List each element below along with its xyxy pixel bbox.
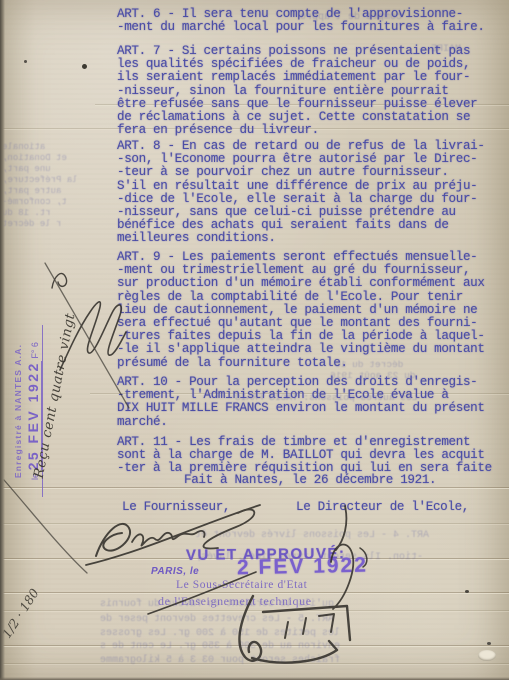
- article-10: ART. 10 - Pour la perception des droits …: [117, 376, 509, 429]
- ink-speck: [82, 64, 87, 69]
- approval-stamp-signer-title: Le Sous-Secrétaire d'Etat: [176, 579, 307, 591]
- scan-edge-shadow: [0, 0, 5, 680]
- margin-note-flourish: [52, 273, 67, 288]
- scanned-document-page: compte de l'appro MAIRE. ationale et Don…: [0, 0, 509, 680]
- bleedthrough-text: ART. 4 - Les poissons livrés devront êt: [195, 530, 429, 541]
- fold-crease: [0, 610, 509, 611]
- article-6: ART. 6 - Il sera tenu compte de l'approv…: [117, 8, 509, 34]
- signature-label-directeur: Le Directeur de l'Ecole,: [296, 500, 469, 514]
- article-7: ART. 7 - Si certains poissons ne présent…: [117, 45, 509, 137]
- approval-stamp-signer-dept: de l'Enseignement technique: [158, 594, 312, 609]
- ink-speck: [487, 642, 491, 645]
- paper-flaw-spot: [478, 650, 496, 661]
- registration-stamp-title: Enregistré à NANTES A.A.: [13, 325, 23, 497]
- bleedthrough-text: rt. 18 du: [2, 208, 51, 218]
- bleedthrough-text: les petites de 150 à 200 gr. Les grosses: [100, 628, 340, 639]
- ink-speck: [465, 590, 469, 593]
- ink-speck: [24, 60, 27, 63]
- fournisseur-signature: [96, 524, 130, 556]
- bleedthrough-text: la Préfecture,: [2, 175, 78, 185]
- bleedthrough-text: fraiches seront pour 03 3 à 5 kilogramme: [100, 655, 340, 666]
- bleedthrough-text: environ au de 300 à 350 gr. Le cent de s: [100, 641, 340, 652]
- bleedthrough-text: une part,: [2, 164, 51, 174]
- fournisseur-signature-loop: [203, 509, 254, 548]
- approval-stamp-place: PARIS, le: [151, 566, 199, 577]
- fournisseur-signature-flourish: [132, 531, 205, 546]
- registration-stamp-folio: F° 6: [30, 342, 40, 359]
- bleedthrough-text: autre part,: [2, 186, 61, 196]
- bleedthrough-text: ART. 5 - Les crevettes devront peser de: [100, 614, 334, 625]
- bleedthrough-text: et Donation,: [2, 153, 67, 163]
- approval-stamp-date: 2 FEV 1922: [237, 554, 368, 581]
- bleedthrough-text: r le décret: [2, 219, 61, 229]
- fold-crease: [0, 592, 509, 593]
- article-9: ART. 9 - Les paiements seront effectués …: [117, 251, 509, 370]
- dateline: Fait à Nantes, le 26 décembre 1921.: [184, 474, 484, 487]
- article-8: ART. 8 - En cas de retard ou de refus de…: [117, 140, 509, 246]
- fold-crease: [0, 523, 509, 524]
- bleedthrough-text: t, conformé-: [2, 197, 67, 207]
- signature-label-fournisseur: Le Fournisseur,: [122, 500, 230, 514]
- handwritten-fraction-note: 1/2 · 180: [0, 562, 57, 641]
- article-11: ART. 11 - Les frais de timbre et d'enreg…: [117, 436, 509, 476]
- bleedthrough-text: ationale: [2, 142, 45, 152]
